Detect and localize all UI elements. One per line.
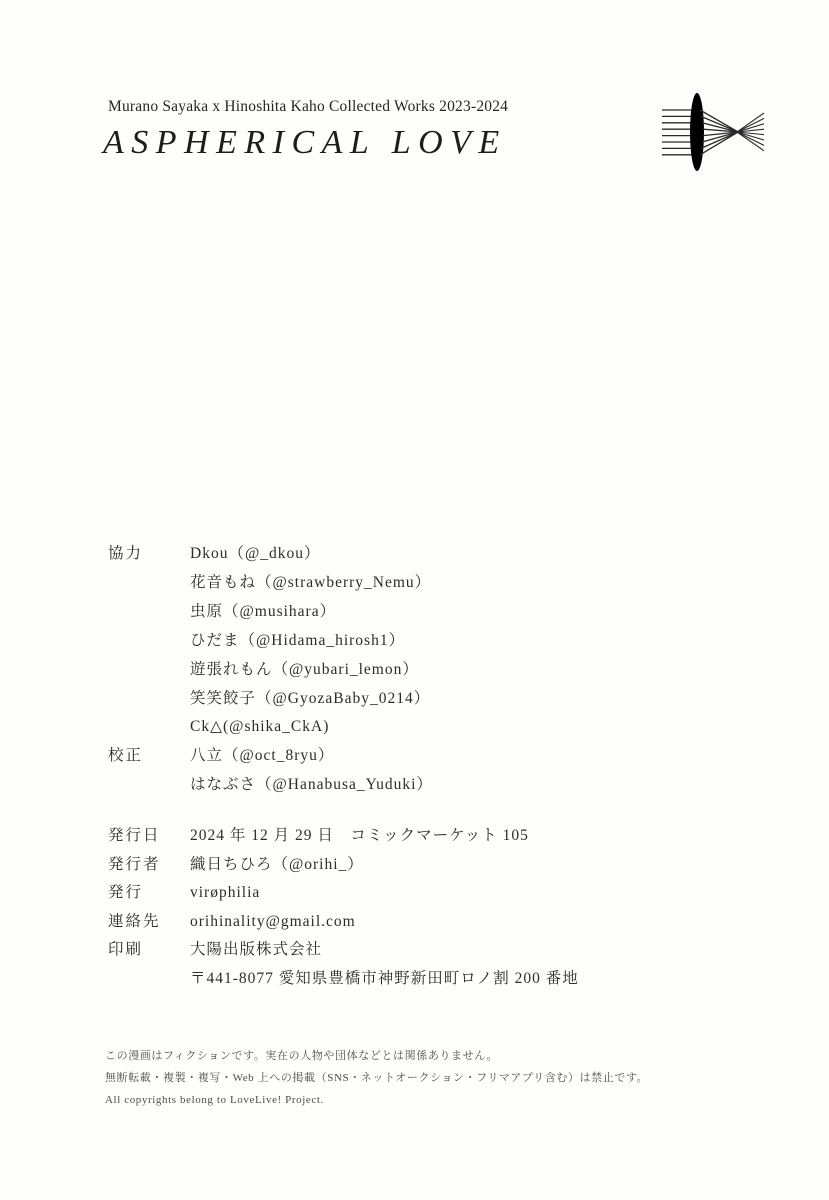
credit-person: ひだま（@Hidama_hirosh1） — [190, 627, 405, 656]
publication-label: 発行 — [108, 879, 190, 908]
credit-row: ひだま（@Hidama_hirosh1） — [108, 627, 433, 656]
credit-role-label: 校正 — [108, 742, 190, 771]
publication-row: 発行日 2024 年 12 月 29 日 コミックマーケット 105 — [108, 822, 579, 851]
credit-person: 虫原（@musihara） — [190, 598, 336, 627]
publication-row: 発行者 織日ちひろ（@orihi_） — [108, 851, 579, 880]
lens-focus-icon — [656, 86, 766, 178]
book-subtitle: Murano Sayaka x Hinoshita Kaho Collected… — [108, 98, 508, 116]
disclaimer-line: この漫画はフィクションです。実在の人物や団体などとは関係ありません。 — [105, 1045, 648, 1067]
publication-row: 発行 virøphilia — [108, 879, 579, 908]
credit-person: Ck△(@shika_CkA) — [190, 713, 329, 742]
credit-row: 虫原（@musihara） — [108, 598, 433, 627]
publication-label: 発行日 — [108, 822, 190, 851]
credit-row: 協力 Dkou（@_dkou） — [108, 540, 433, 569]
disclaimer-line: 無断転載・複製・複写・Web 上への掲載（SNS・ネットオークション・フリマアプ… — [105, 1067, 648, 1089]
printer-address: 〒441-8077 愛知県豊橋市神野新田町ロノ割 200 番地 — [190, 965, 579, 994]
credit-row: 花音もね（@strawberry_Nemu） — [108, 569, 433, 598]
printer-name: 大陽出版株式会社 — [190, 936, 322, 965]
credit-row: Ck△(@shika_CkA) — [108, 713, 433, 742]
publication-label: 連絡先 — [108, 908, 190, 937]
publication-value: virøphilia — [190, 879, 260, 908]
publication-row: 印刷 大陽出版株式会社 — [108, 936, 579, 965]
book-title: ASPHERICAL LOVE — [103, 124, 507, 162]
credits-list: 協力 Dkou（@_dkou） 花音もね（@strawberry_Nemu） 虫… — [108, 540, 433, 800]
publication-info: 発行日 2024 年 12 月 29 日 コミックマーケット 105 発行者 織… — [108, 822, 579, 993]
publication-value: 2024 年 12 月 29 日 コミックマーケット 105 — [190, 822, 529, 851]
credit-person: Dkou（@_dkou） — [190, 540, 320, 569]
publication-label: 発行者 — [108, 851, 190, 880]
publication-row: 〒441-8077 愛知県豊橋市神野新田町ロノ割 200 番地 — [108, 965, 579, 994]
colophon-page: Murano Sayaka x Hinoshita Kaho Collected… — [0, 0, 829, 1200]
credit-row: 笑笑餃子（@GyozaBaby_0214） — [108, 685, 433, 714]
credit-person: 八立（@oct_8ryu） — [190, 742, 334, 771]
credit-row: 校正 八立（@oct_8ryu） — [108, 742, 433, 771]
credit-person: はなぶさ（@Hanabusa_Yuduki） — [190, 771, 433, 800]
credit-row: 遊張れもん（@yubari_lemon） — [108, 656, 433, 685]
contact-email: orihinality@gmail.com — [190, 908, 356, 937]
credit-role-label: 協力 — [108, 540, 190, 569]
publication-label: 印刷 — [108, 936, 190, 965]
credit-person: 遊張れもん（@yubari_lemon） — [190, 656, 419, 685]
credit-person: 笑笑餃子（@GyozaBaby_0214） — [190, 685, 430, 714]
publication-value: 織日ちひろ（@orihi_） — [190, 851, 364, 880]
disclaimer: この漫画はフィクションです。実在の人物や団体などとは関係ありません。 無断転載・… — [105, 1045, 648, 1111]
credit-person: 花音もね（@strawberry_Nemu） — [190, 569, 431, 598]
publication-row: 連絡先 orihinality@gmail.com — [108, 908, 579, 937]
disclaimer-line: All copyrights belong to LoveLive! Proje… — [105, 1089, 648, 1111]
credit-row: はなぶさ（@Hanabusa_Yuduki） — [108, 771, 433, 800]
